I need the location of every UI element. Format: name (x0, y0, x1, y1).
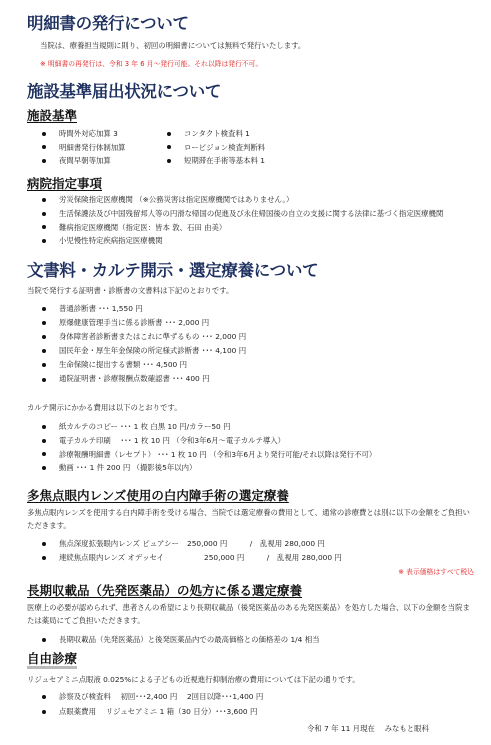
tax-note: ※ 表示価格はすべて税込 (398, 566, 474, 576)
list-item: 原爆健康管理手当に係る診断書 ･･･ 2,000 円 (42, 316, 246, 330)
list-item: 夜間早朝等加算 (42, 154, 126, 168)
list-item: 電子カルテ印刷 ･･･ 1 枚 10 円 （令和3年6月～電子カルテ導入） (42, 434, 376, 448)
longterm-heading: 長期収載品（先発医薬品）の処方に係る選定療養 (27, 581, 302, 599)
meisai-note: ※ 明細書の再発行は、令和 3 年 6 月～発行可能。それ以降は発行不可。 (40, 58, 262, 68)
list-item: 焦点深度拡張眼内レンズ ピュアシー250,000 円/乱視用 280,000 円 (42, 537, 342, 551)
list-item: 診療報酬明細書（レセプト） ･･･ 1 枚 10 円 （令和3年6月より発行可能… (42, 448, 376, 462)
list-item: コンタクト検査料 1 (167, 127, 265, 141)
meisai-body: 当院は、療養担当規則に則り、初回の明細書については無料で発行いたします。 (40, 40, 305, 51)
list-item: 診察及び検査料 初回･･･2,400 円 2回目以降･･･1,400 円 (42, 689, 263, 704)
lens-name: 連続焦点眼内レンズ オデッセイ (59, 551, 204, 565)
list-item: 難病指定医療機関（指定医：皆本 敦、石田 由美） (42, 221, 443, 235)
lens-name: 焦点深度拡張眼内レンズ ピュアシー (59, 537, 187, 551)
lens-astig-price: 乱視用 280,000 円 (277, 553, 342, 562)
lens-sep: / (242, 537, 260, 551)
jiyu-body: リジュセアミニ点眼液 0.025%による子どもの近視進行抑制治療の費用については… (27, 674, 360, 685)
shisetsu-heading: 施設基準届出状況について (27, 78, 221, 102)
list-item: 小児慢性特定疾病指定医療機関 (42, 234, 443, 248)
bunsho-heading: 文書料・カルテ開示・選定療養について (27, 257, 318, 281)
longterm-body: 医療上の必要が認められず、患者さんの希望により長期収載品（後発医薬品のある先発医… (27, 601, 472, 627)
list-item: 短期滞在手術等基本料 1 (167, 154, 265, 168)
meisai-heading: 明細書の発行について (27, 10, 189, 34)
designation-heading: 病院指定事項 (27, 174, 102, 192)
list-item: 生活保護法及び中国残留邦人等の円滑な帰国の促進及び永住帰国後の自立の支援に関する… (42, 207, 443, 221)
karte-intro: カルテ開示にかかる費用は以下のとおりです。 (27, 402, 182, 413)
lens-body: 多焦点眼内レンズを使用する白内障手術を受ける場合、当院では選定療養の費用として、… (27, 506, 472, 532)
lens-heading: 多焦点眼内レンズ使用の白内障手術の選定療養 (27, 486, 289, 504)
list-item: 紙カルテのコピー ･･･ 1 枚 白黒 10 円/カラー50 円 (42, 420, 376, 434)
lens-sep: / (259, 551, 277, 565)
jiyu-list: 診察及び検査料 初回･･･2,400 円 2回目以降･･･1,400 円 点眼薬… (42, 689, 263, 719)
standards-list-left: 時間外対応加算 3 明細書発行体制加算 夜間早朝等加算 (42, 127, 126, 168)
list-item: ロービジョン検査判断料 (167, 141, 265, 155)
lens-price: 250,000 円 (187, 537, 242, 551)
list-item: 労災保険指定医療機関 （※公務災害は指定医療機関ではありません。） (42, 193, 443, 207)
karte-list: 紙カルテのコピー ･･･ 1 枚 白黒 10 円/カラー50 円 電子カルテ印刷… (42, 420, 376, 475)
lens-astig-price: 乱視用 280,000 円 (260, 539, 325, 548)
list-item: 国民年金・厚生年金保険の所定様式診断書 ･･･ 4,100 円 (42, 344, 246, 358)
list-item: 明細書発行体制加算 (42, 141, 126, 155)
standards-heading: 施設基準 (27, 106, 77, 124)
longterm-list: 長期収載品（先発医薬品）と後発医薬品内での最高価格との価格差の 1/4 相当 (42, 633, 320, 647)
jiyu-heading: 自由診療 (27, 652, 77, 669)
designation-list: 労災保険指定医療機関 （※公務災害は指定医療機関ではありません。） 生活保護法及… (42, 193, 443, 248)
list-item: 点眼薬費用 リジュセアミニ 1 箱（30 日分）･･･3,600 円 (42, 704, 263, 719)
fees-intro: 当院で発行する証明書・診断書の文書料は下記のとおりです。 (27, 285, 233, 296)
list-item: 連続焦点眼内レンズ オデッセイ250,000 円/乱視用 280,000 円 (42, 551, 342, 565)
list-item: 時間外対応加算 3 (42, 127, 126, 141)
standards-list-right: コンタクト検査料 1 ロービジョン検査判断料 短期滞在手術等基本料 1 (167, 127, 265, 168)
list-item: 長期収載品（先発医薬品）と後発医薬品内での最高価格との価格差の 1/4 相当 (42, 633, 320, 647)
fees-list: 普通診断書 ･･･ 1,550 円 原爆健康管理手当に係る診断書 ･･･ 2,0… (42, 302, 246, 387)
list-item: 通院証明書・診療報酬点数確認書 ･･･ 400 円 (42, 372, 246, 386)
list-item: 普通診断書 ･･･ 1,550 円 (42, 302, 246, 316)
list-item: 身体障害者診断書またはこれに準ずるもの ･･･ 2,000 円 (42, 330, 246, 344)
list-item: 動画 ･･･ 1 件 200 円 （撮影後5年以内） (42, 461, 376, 475)
lens-price: 250,000 円 (204, 551, 259, 565)
lens-list: 焦点深度拡張眼内レンズ ピュアシー250,000 円/乱視用 280,000 円… (42, 537, 342, 565)
footer-date-clinic: 令和 7 年 11 月現在 みなもと眼科 (307, 723, 429, 734)
list-item: 生命保険に提出する書類 ･･･ 4,500 円 (42, 358, 246, 372)
